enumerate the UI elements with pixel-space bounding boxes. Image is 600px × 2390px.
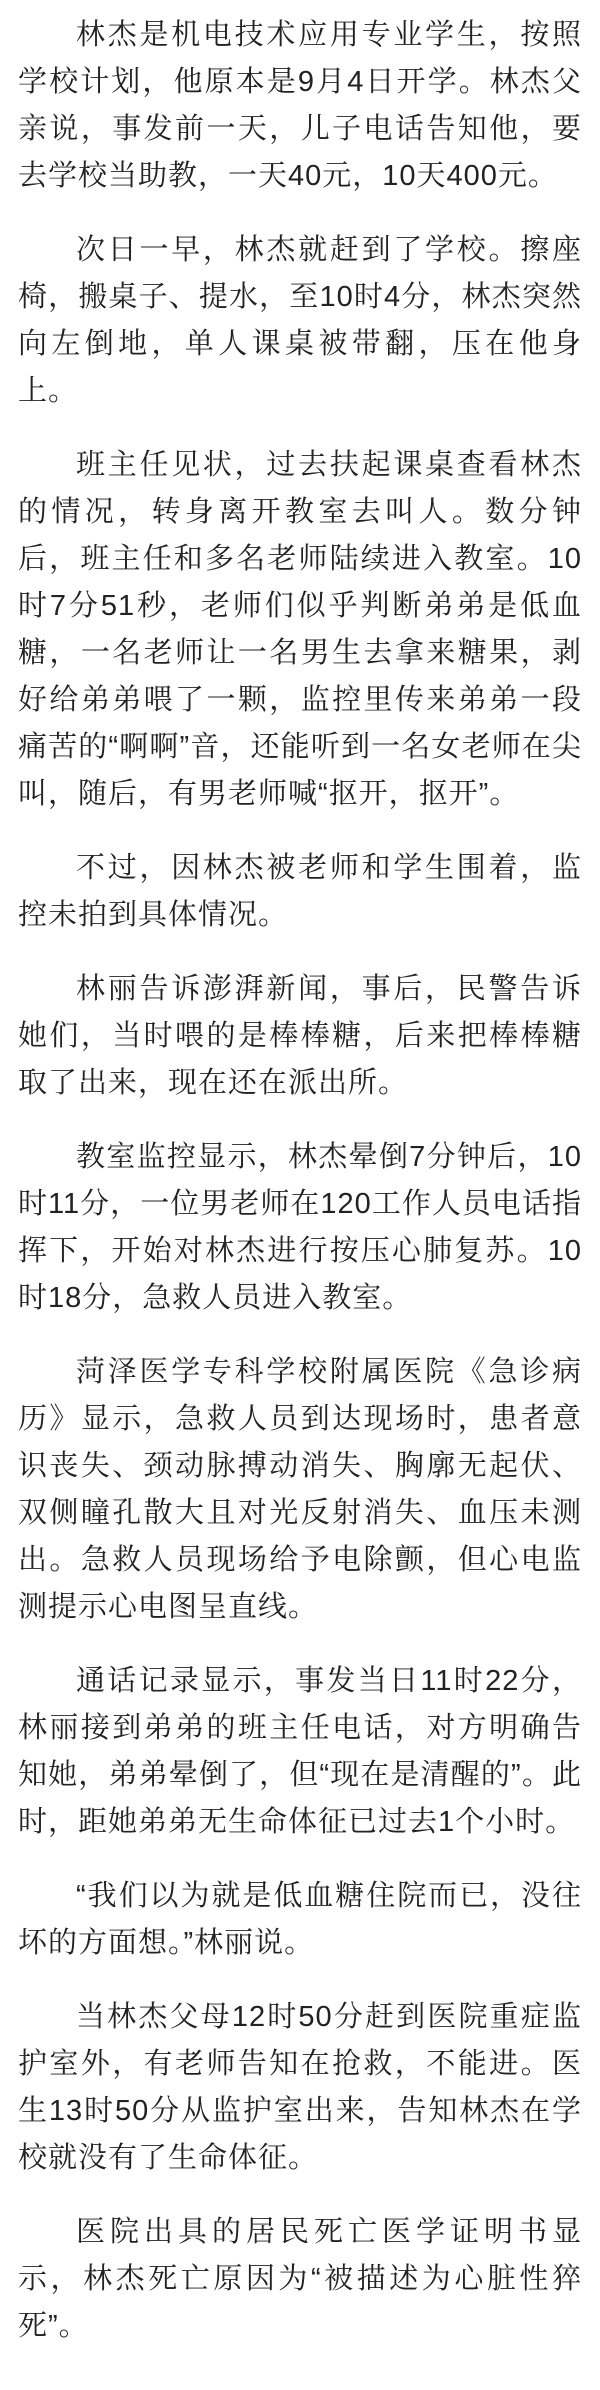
article-paragraph: 不过，因林杰被老师和学生围着，监控未拍到具体情况。 [18, 845, 582, 939]
article-paragraph: 通话记录显示，事发当日11时22分，林丽接到弟弟的班主任电话，对方明确告知她，弟… [18, 1658, 582, 1846]
article-paragraph: 班主任见状，过去扶起课桌查看林杰的情况，转身离开教室去叫人。数分钟后，班主任和多… [18, 442, 582, 818]
article-paragraph: 医院出具的居民死亡医学证明书显示，林杰死亡原因为“被描述为心脏性猝死”。 [18, 2209, 582, 2350]
article-paragraph: 林丽告诉澎湃新闻，事后，民警告诉她们，当时喂的是棒棒糖，后来把棒棒糖取了出来，现… [18, 966, 582, 1107]
article-body: 林杰是机电技术应用专业学生，按照学校计划，他原本是9月4日开学。林杰父亲说，事发… [0, 0, 600, 2390]
article-paragraph: 次日一早，林杰就赶到了学校。擦座椅，搬桌子、提水，至10时4分，林杰突然向左倒地… [18, 227, 582, 415]
article-paragraph: 菏泽医学专科学校附属医院《急诊病历》显示，急救人员到达现场时，患者意识丧失、颈动… [18, 1349, 582, 1631]
article-paragraph: 林杰是机电技术应用专业学生，按照学校计划，他原本是9月4日开学。林杰父亲说，事发… [18, 12, 582, 200]
article-paragraph: “我们以为就是低血糖住院而已，没往坏的方面想。”林丽说。 [18, 1873, 582, 1967]
article-paragraph: 教室监控显示，林杰晕倒7分钟后，10时11分，一位男老师在120工作人员电话指挥… [18, 1134, 582, 1322]
article-paragraph: 当林杰父母12时50分赶到医院重症监护室外，有老师告知在抢救，不能进。医生13时… [18, 1994, 582, 2182]
